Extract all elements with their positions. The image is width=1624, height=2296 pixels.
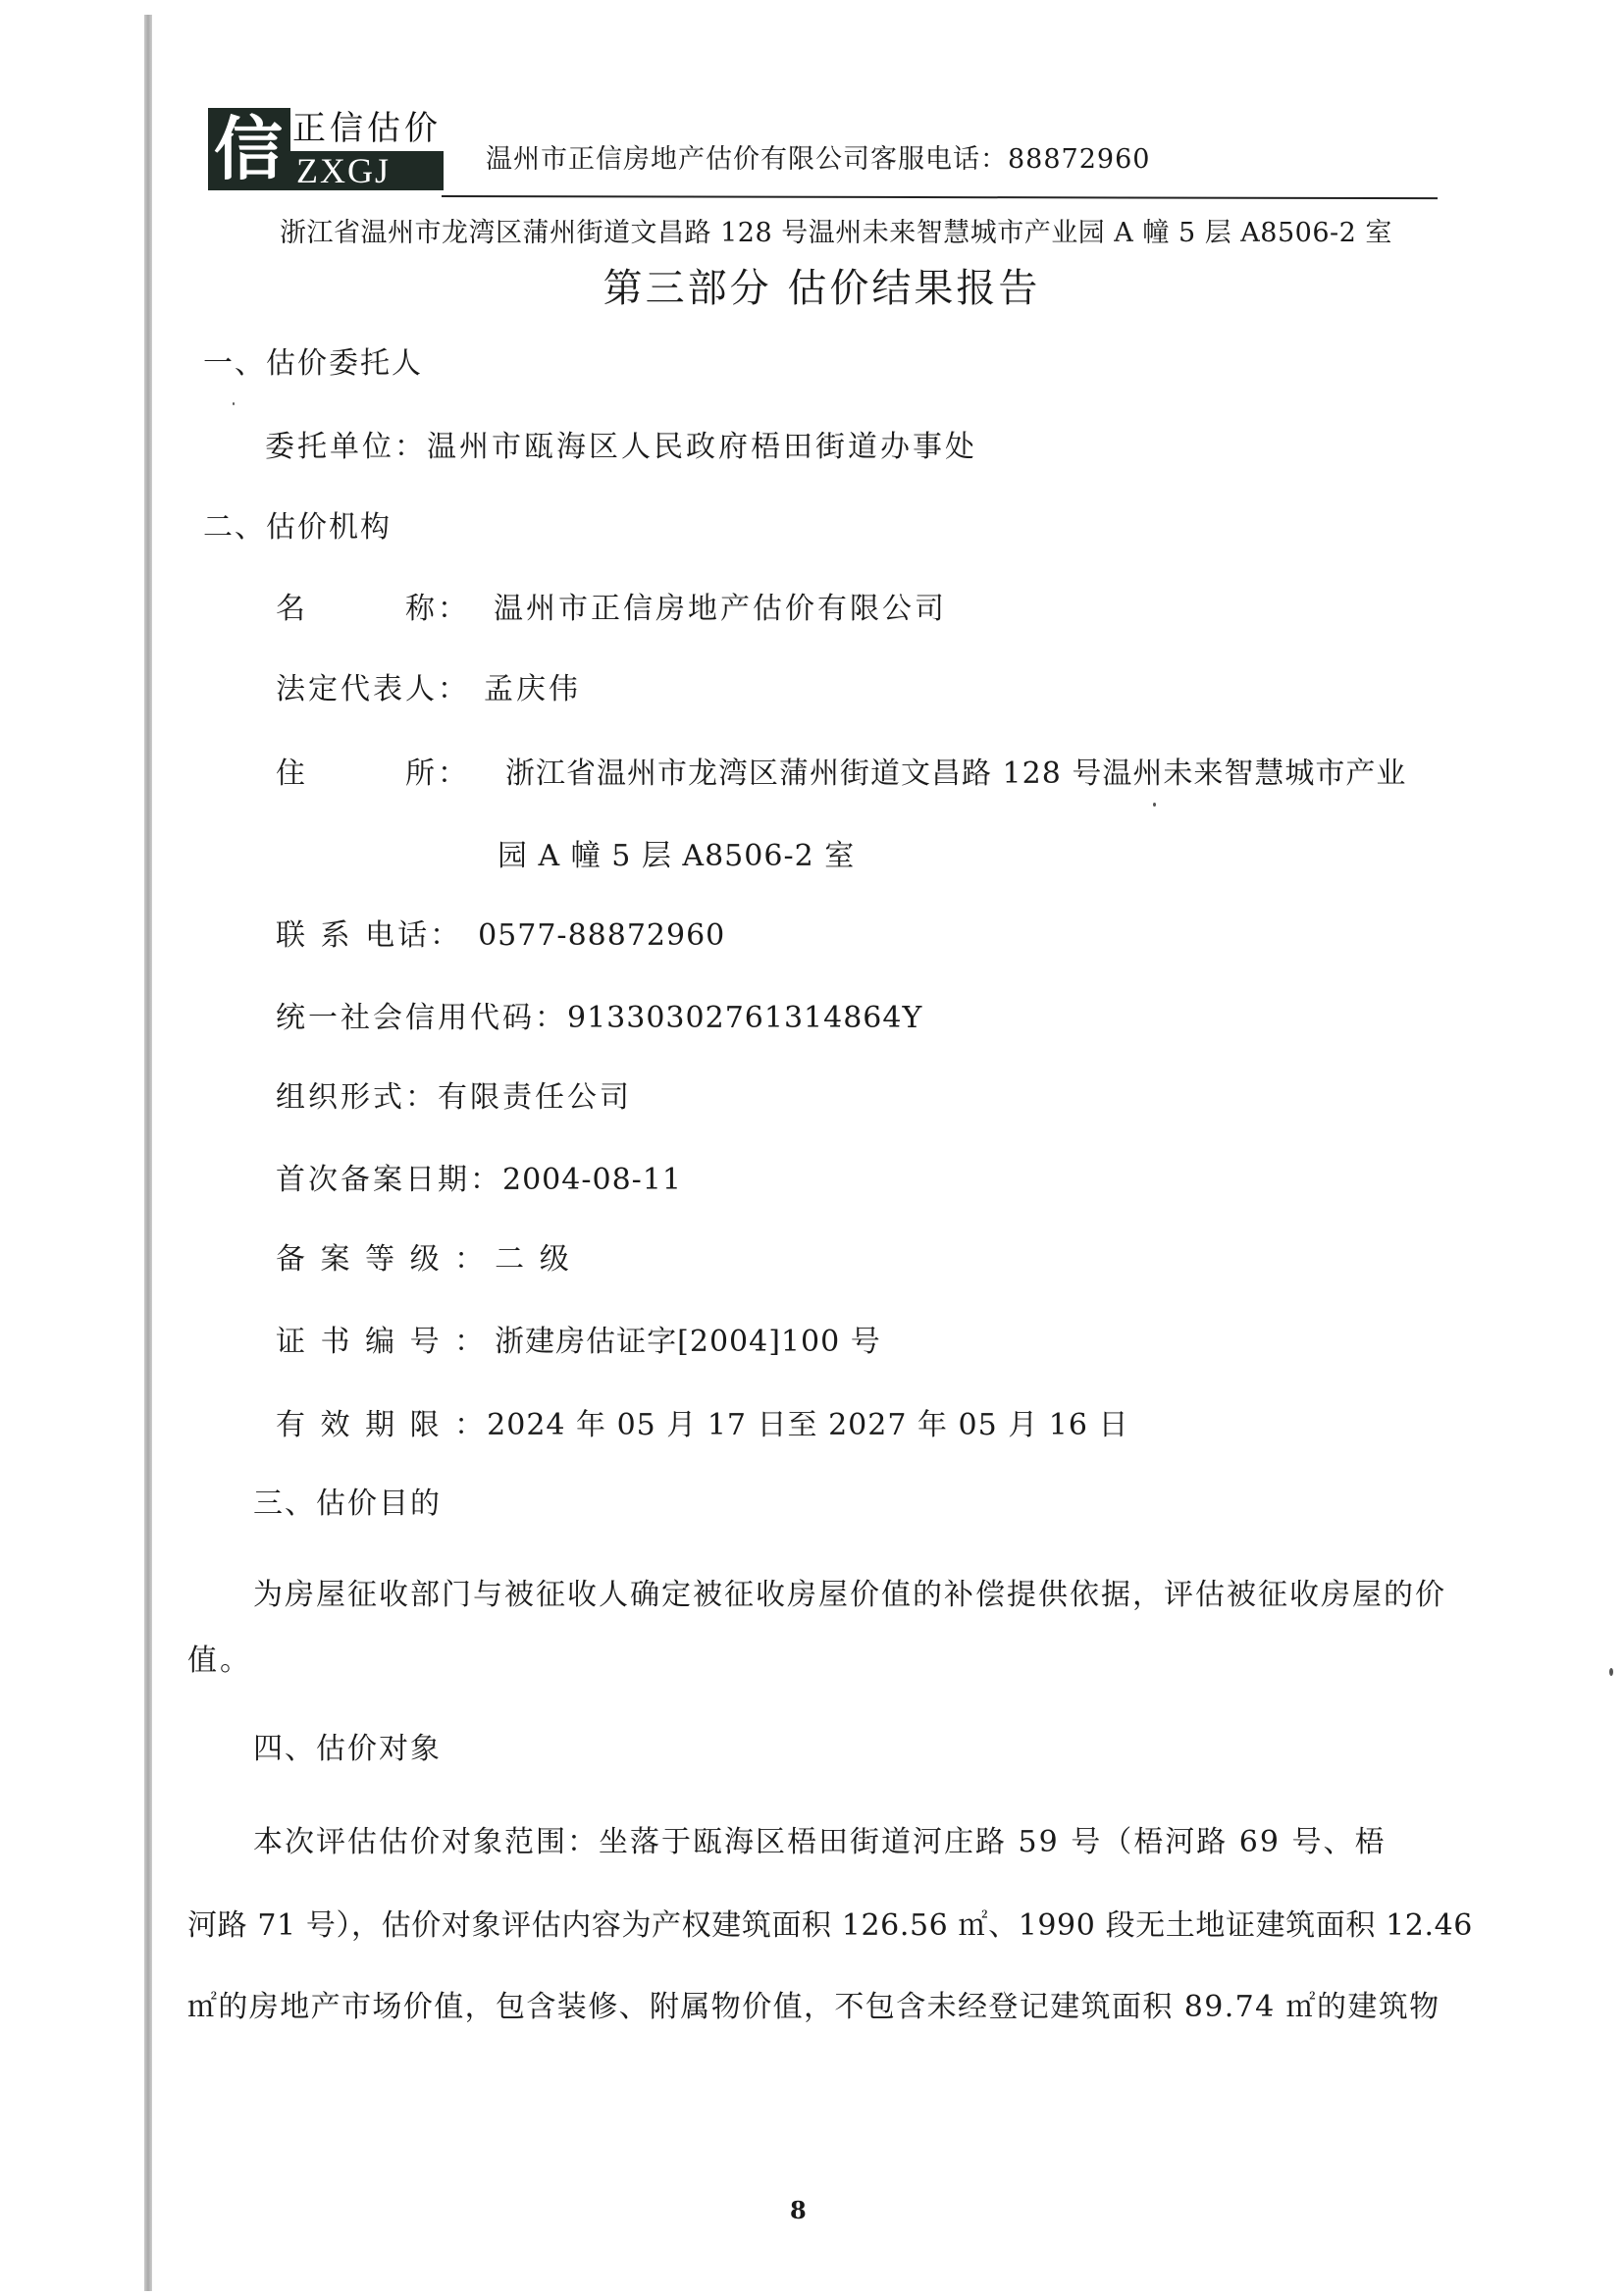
field-label: 住 所： bbox=[276, 757, 470, 791]
field-label: 法定代表人： bbox=[276, 672, 470, 706]
page-number: 8 bbox=[790, 2196, 807, 2224]
logo-band: ZXGJ bbox=[290, 151, 444, 190]
client-row: 委托单位：温州市瓯海区人民政府梧田街道办事处 bbox=[265, 422, 977, 465]
header-phone-line: 温州市正信房地产估价有限公司客服电话：88872960 bbox=[486, 137, 1150, 176]
field-value: 2024 年 05 月 17 日至 2027 年 05 月 16 日 bbox=[487, 1408, 1128, 1442]
subject-paragraph-line3: ㎡的房地产市场价值，包含装修、附属物价值，不包含未经登记建筑面积 89.74 ㎡… bbox=[187, 1982, 1441, 2025]
field-value: 0577-88872960 bbox=[478, 918, 725, 953]
agency-field-address: 住 所：浙江省温州市龙湾区蒲州街道文昌路 128 号温州未来智慧城市产业 bbox=[276, 749, 1406, 792]
field-value: 二 级 bbox=[495, 1242, 572, 1277]
scan-speck bbox=[1609, 1668, 1613, 1676]
agency-field-phone: 联 系 电话：0577-88872960 bbox=[276, 911, 725, 954]
subject-paragraph-line2: 河路 71 号），估价对象评估内容为产权建筑面积 126.56 ㎡、1990 段… bbox=[187, 1901, 1473, 1944]
scan-speck bbox=[233, 402, 235, 405]
agency-field-validity: 有 效 期 限 ：2024 年 05 月 17 日至 2027 年 05 月 1… bbox=[276, 1400, 1128, 1443]
subject-paragraph-line1: 本次评估估价对象范围：坐落于瓯海区梧田街道河庄路 59 号（梧河路 69 号、梧 bbox=[253, 1817, 1387, 1860]
company-logo: 信 正信估价 ZXGJ bbox=[208, 108, 444, 190]
agency-field-address-line2: 园 A 幢 5 层 A8506-2 室 bbox=[498, 831, 855, 874]
field-label: 联 系 电话： bbox=[276, 918, 462, 953]
purpose-paragraph-line2: 值。 bbox=[187, 1636, 252, 1679]
agency-field-legal-rep: 法定代表人：孟庆伟 bbox=[276, 664, 581, 707]
field-label: 名 称： bbox=[276, 592, 470, 626]
agency-field-certificate-no: 证 书 编 号 ：浙建房估证字[2004]100 号 bbox=[276, 1317, 881, 1360]
field-label: 证 书 编 号 ： bbox=[276, 1325, 487, 1359]
header-divider bbox=[442, 195, 1438, 199]
agency-field-name: 名 称：温州市正信房地产估价有限公司 bbox=[276, 584, 947, 627]
scan-binding-edge bbox=[144, 15, 152, 2291]
field-value: 2004-08-11 bbox=[502, 1163, 682, 1197]
section-heading-subject: 四、估价对象 bbox=[253, 1724, 442, 1767]
field-value: 温州市正信房地产估价有限公司 bbox=[494, 592, 947, 626]
field-value: 孟庆伟 bbox=[484, 672, 581, 706]
logo-abbr: ZXGJ bbox=[296, 151, 391, 190]
field-value: 浙建房估证字[2004]100 号 bbox=[495, 1325, 881, 1359]
field-value: 浙江省温州市龙湾区蒲州街道文昌路 128 号温州未来智慧城市产业 bbox=[505, 757, 1406, 791]
section-heading-client: 一、估价委托人 bbox=[203, 339, 423, 382]
page-title: 第三部分 估价结果报告 bbox=[0, 257, 1624, 313]
purpose-paragraph-line1: 为房屋征收部门与被征收人确定被征收房屋价值的补偿提供依据，评估被征收房屋的价 bbox=[253, 1570, 1446, 1613]
logo-name-cn: 正信估价 bbox=[292, 108, 442, 149]
field-label: 组织形式： bbox=[276, 1080, 438, 1115]
section-heading-agency: 二、估价机构 bbox=[203, 502, 392, 546]
header-address-line: 浙江省温州市龙湾区蒲州街道文昌路 128 号温州未来智慧城市产业园 A 幢 5 … bbox=[280, 211, 1392, 249]
client-label: 委托单位： bbox=[265, 430, 427, 464]
field-value: 91330302761314864Y bbox=[567, 1001, 922, 1035]
agency-field-credit-code: 统一社会信用代码：91330302761314864Y bbox=[276, 993, 922, 1036]
field-label: 首次备案日期： bbox=[276, 1163, 502, 1197]
agency-field-org-form: 组织形式：有限责任公司 bbox=[276, 1072, 632, 1116]
agency-field-filing-grade: 备 案 等 级 ：二 级 bbox=[276, 1234, 572, 1278]
logo-seal-icon: 信 bbox=[208, 108, 290, 190]
scan-speck bbox=[1153, 803, 1156, 807]
section-heading-purpose: 三、估价目的 bbox=[253, 1479, 442, 1522]
field-label: 有 效 期 限 ： bbox=[276, 1408, 487, 1442]
field-label: 备 案 等 级 ： bbox=[276, 1242, 487, 1277]
agency-field-first-filing-date: 首次备案日期：2004-08-11 bbox=[276, 1155, 682, 1198]
field-label: 统一社会信用代码： bbox=[276, 1001, 567, 1035]
client-value: 温州市瓯海区人民政府梧田街道办事处 bbox=[427, 430, 977, 464]
field-value: 有限责任公司 bbox=[438, 1080, 632, 1115]
